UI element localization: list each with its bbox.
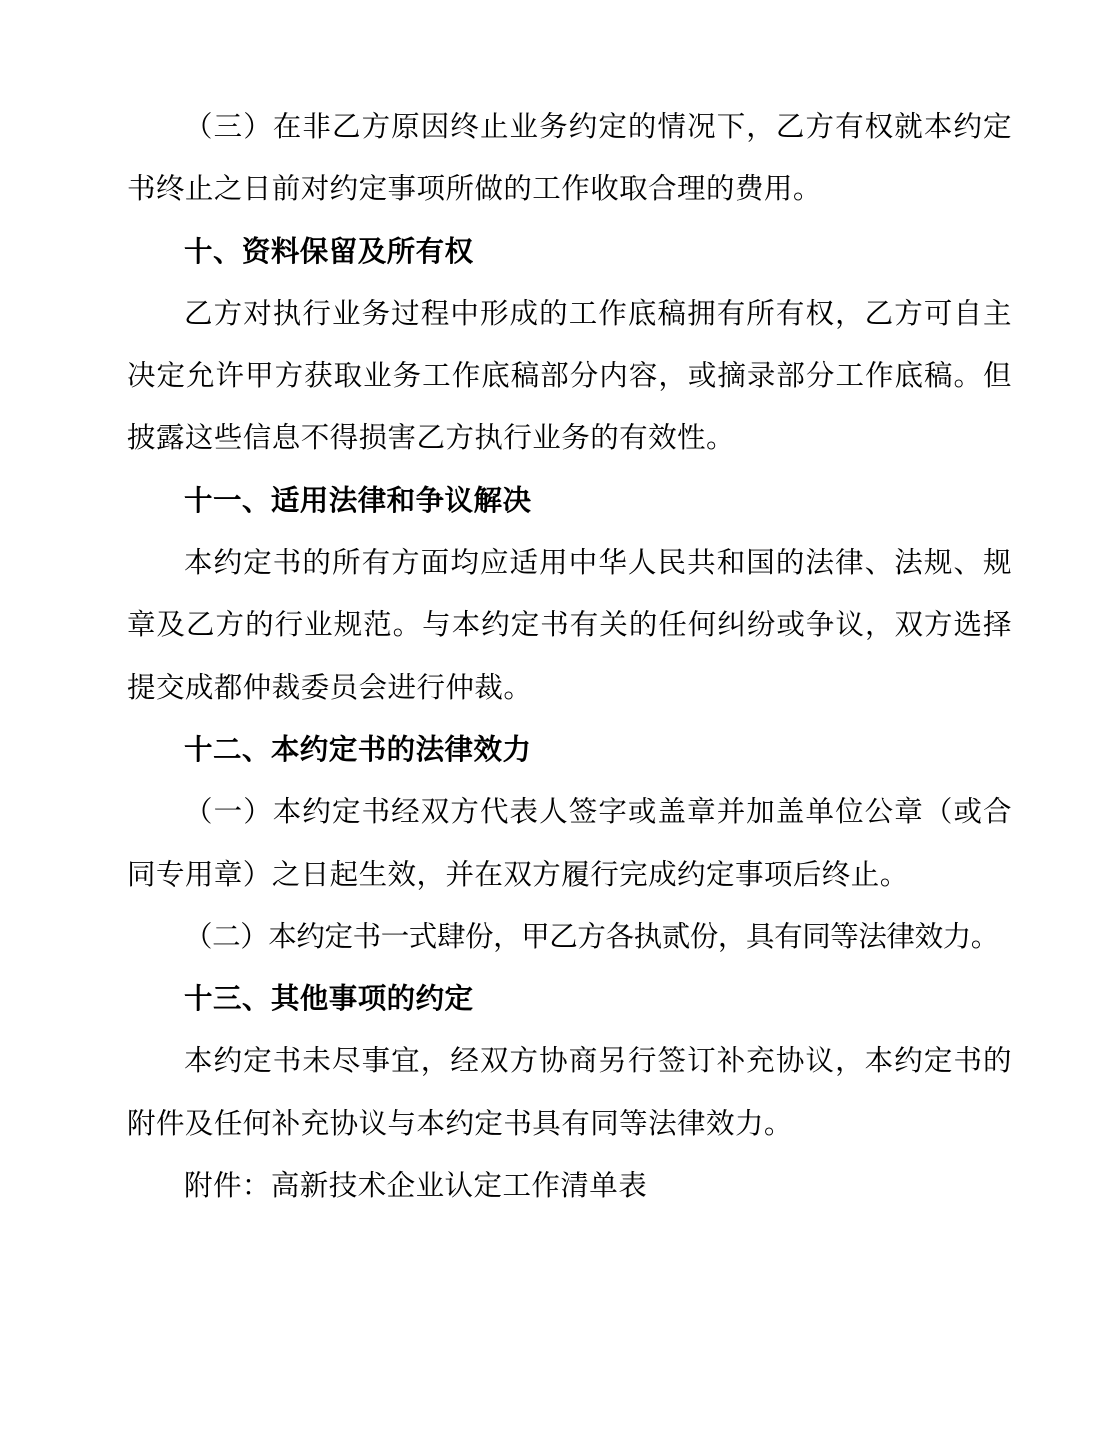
body-paragraph: （二）本约定书一式肆份，甲乙方各执贰份，具有同等法律效力。 (127, 907, 1012, 969)
body-paragraph: 本约定书的所有方面均应适用中华人民共和国的法律、法规、规章及乙方的行业规范。与本… (127, 533, 1012, 720)
section-heading: 十一、适用法律和争议解决 (127, 471, 1012, 533)
body-paragraph: （三）在非乙方原因终止业务约定的情况下，乙方有权就本约定书终止之日前对约定事项所… (127, 97, 1012, 222)
body-paragraph: 乙方对执行业务过程中形成的工作底稿拥有所有权，乙方可自主决定允许甲方获取业务工作… (127, 284, 1012, 471)
body-paragraph: （一）本约定书经双方代表人签字或盖章并加盖单位公章（或合同专用章）之日起生效，并… (127, 782, 1012, 907)
document-body: （三）在非乙方原因终止业务约定的情况下，乙方有权就本约定书终止之日前对约定事项所… (127, 97, 1012, 1218)
attachment-note: 附件：高新技术企业认定工作清单表 (127, 1156, 1012, 1218)
section-heading: 十二、本约定书的法律效力 (127, 720, 1012, 782)
contract-page: （三）在非乙方原因终止业务约定的情况下，乙方有权就本约定书终止之日前对约定事项所… (0, 0, 1109, 1444)
section-heading: 十三、其他事项的约定 (127, 969, 1012, 1031)
section-heading: 十、资料保留及所有权 (127, 222, 1012, 284)
body-paragraph: 本约定书未尽事宜，经双方协商另行签订补充协议，本约定书的附件及任何补充协议与本约… (127, 1031, 1012, 1156)
